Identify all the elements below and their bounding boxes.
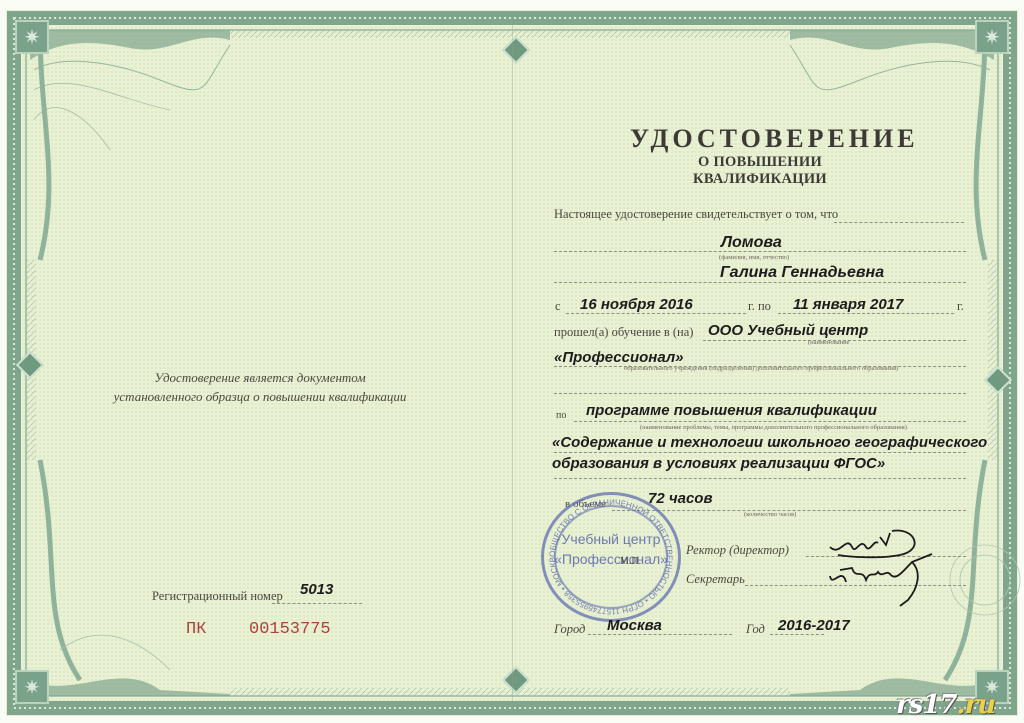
official-stamp: ОБЩЕСТВО С ОГРАНИЧЕННОЙ ОТВЕТСТВЕННОСТЬЮ…: [541, 492, 681, 622]
intro-text: Настоящее удостоверение свидетельствует …: [554, 207, 838, 222]
site-watermark: rs17.ru: [896, 690, 995, 720]
program-value-line1: программе повышения квалификации: [586, 402, 877, 419]
director-label: Ректор (директор): [686, 543, 789, 558]
serial-prefix: ПК: [186, 620, 206, 639]
secretary-signature: [822, 548, 952, 608]
institution-value-line1: ООО Учебный центр: [708, 322, 868, 339]
given-names-line: [554, 282, 966, 283]
year-label: Год: [746, 622, 765, 637]
year-line: [770, 634, 824, 635]
left-statement-line1: Удостоверение является документом: [100, 368, 420, 387]
serial-number: 00153775: [249, 620, 331, 639]
program-value-line2: «Содержание и технологии школьного геогр…: [552, 434, 987, 451]
date-to-prefix: г. по: [748, 299, 771, 314]
institution-hint2: образовательного учреждения (подразделен…: [624, 365, 898, 372]
intro-line: [834, 222, 964, 223]
stamp-place-marker: М.П.: [620, 556, 641, 567]
watermark-tld: .ru: [957, 690, 996, 720]
program-line3: [554, 478, 966, 479]
program-value-line3: образования в условиях реализации ФГОС»: [552, 455, 885, 472]
date-to-line: [778, 313, 954, 314]
date-to-suffix: г.: [957, 299, 964, 314]
left-statement-line2: установленного образца о повышении квали…: [100, 387, 420, 406]
given-names-value: Галина Геннадьевна: [720, 264, 884, 282]
institution-value-line2: «Профессионал»: [554, 349, 684, 366]
year-value: 2016-2017: [778, 617, 850, 634]
page-fold: [512, 14, 513, 712]
stamp-line1: Учебный центр: [544, 531, 678, 547]
blank-line-1: [554, 393, 966, 394]
certificate-title: УДОСТОВЕРЕНИЕ: [630, 124, 890, 154]
corner-ornament-top-right: [975, 20, 1009, 54]
date-from-prefix: с: [555, 299, 561, 314]
city-line: [588, 634, 732, 635]
stamp-line2: «Профессионал»: [544, 551, 678, 567]
reg-number-label: Регистрационный номер: [152, 589, 283, 604]
reg-number-line: [272, 603, 362, 604]
corner-ornament-bottom-left: [15, 670, 49, 704]
date-to-value: 11 января 2017: [793, 296, 903, 313]
corner-ornament-top-left: [15, 20, 49, 54]
surname-value: Ломова: [721, 234, 782, 252]
program-line2: [554, 452, 966, 453]
institution-hint1: (наименование: [808, 339, 849, 346]
program-hint: (наименование проблемы, темы, программы …: [640, 424, 907, 431]
reg-number-value: 5013: [300, 581, 333, 598]
left-statement: Удостоверение является документом устано…: [100, 368, 420, 406]
date-from-value: 16 ноября 2016: [580, 296, 693, 313]
trained-at-label: прошел(а) обучение в (на): [554, 325, 693, 340]
watermark-site: rs17: [896, 690, 957, 720]
certificate-subtitle: О ПОВЫШЕНИИ КВАЛИФИКАЦИИ: [630, 154, 890, 188]
program-line1: [574, 421, 966, 422]
city-label: Город: [554, 622, 585, 637]
city-value: Москва: [607, 617, 662, 634]
secretary-label: Секретарь: [686, 572, 745, 587]
surname-hint: (фамилия, имя, отчество): [719, 254, 789, 261]
volume-hint: (количество часов): [744, 511, 796, 518]
date-from-line: [566, 313, 746, 314]
program-prefix: по: [556, 410, 566, 421]
